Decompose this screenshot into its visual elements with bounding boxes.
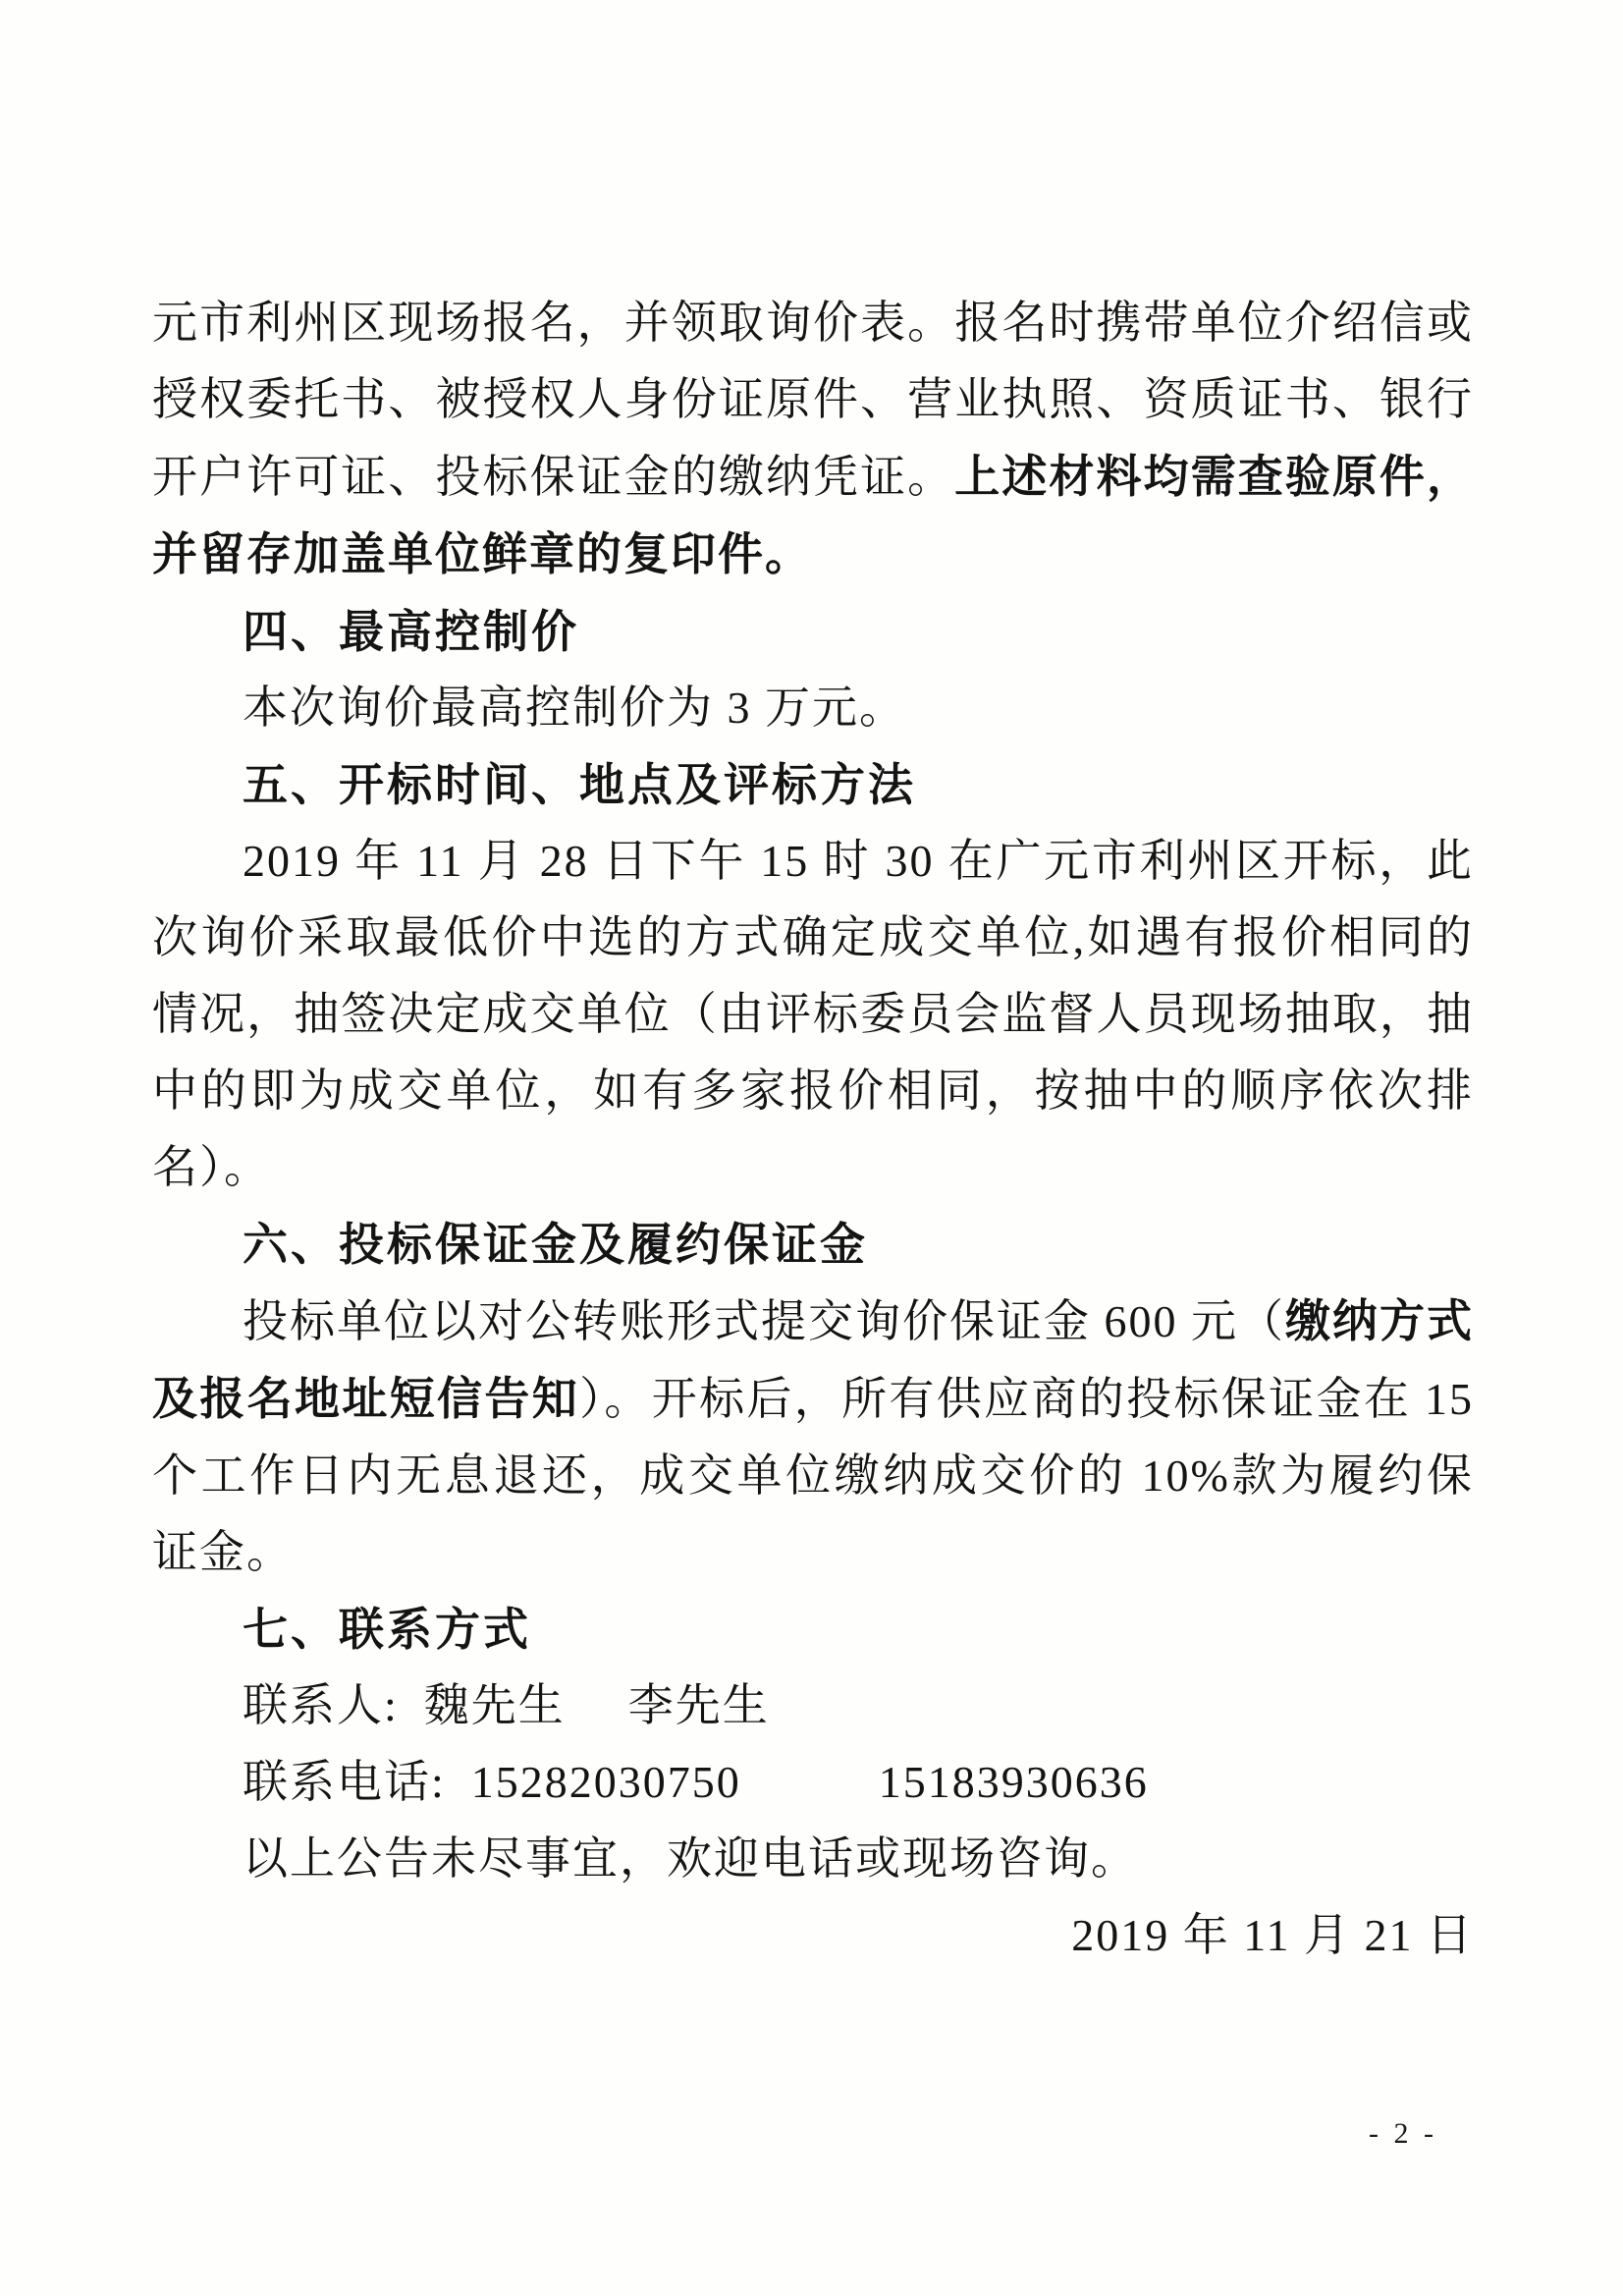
section5-heading: 五、开标时间、地点及评标方法 [152,746,1474,823]
section6-body: 投标单位以对公转账形式提交询价保证金 600 元（缴纳方式及报名地址短信告知）。… [152,1283,1474,1591]
contact-phone-label: 联系电话: [243,1757,446,1807]
document-body: 元市利州区现场报名，并领取询价表。报名时携带单位介绍信或授权委托书、被授权人身份… [152,285,1474,1974]
section4-body: 本次询价最高控制价为 3 万元。 [152,670,1474,746]
closing-line: 以上公告未尽事宜，欢迎电话或现场咨询。 [152,1821,1474,1897]
contact-phone-line: 联系电话:1528203075015183930636 [152,1744,1474,1821]
contact-phone-number-2: 15183930636 [879,1757,1149,1807]
contact-phone-number-1: 15282030750 [471,1757,741,1807]
section6-body-start: 投标单位以对公转账形式提交询价保证金 600 元（ [243,1296,1285,1346]
section5-body: 2019 年 11 月 28 日下午 15 时 30 在广元市利州区开标，此次询… [152,823,1474,1206]
section6-heading: 六、投标保证金及履约保证金 [152,1206,1474,1283]
section7-heading: 七、联系方式 [152,1591,1474,1667]
contact-person-line: 联系人:魏先生李先生 [152,1667,1474,1744]
document-page: 元市利州区现场报名，并领取询价表。报名时携带单位介绍信或授权委托书、被授权人身份… [0,0,1623,2296]
contact-person-label: 联系人: [243,1680,399,1730]
paragraph-continuation: 元市利州区现场报名，并领取询价表。报名时携带单位介绍信或授权委托书、被授权人身份… [152,285,1474,593]
contact-person-name-1: 魏先生 [424,1680,566,1730]
document-date: 2019 年 11 月 21 日 [152,1897,1474,1974]
contact-person-name-2: 李先生 [628,1680,770,1730]
section4-heading: 四、最高控制价 [152,593,1474,670]
page-number: - 2 - [1369,2117,1437,2151]
